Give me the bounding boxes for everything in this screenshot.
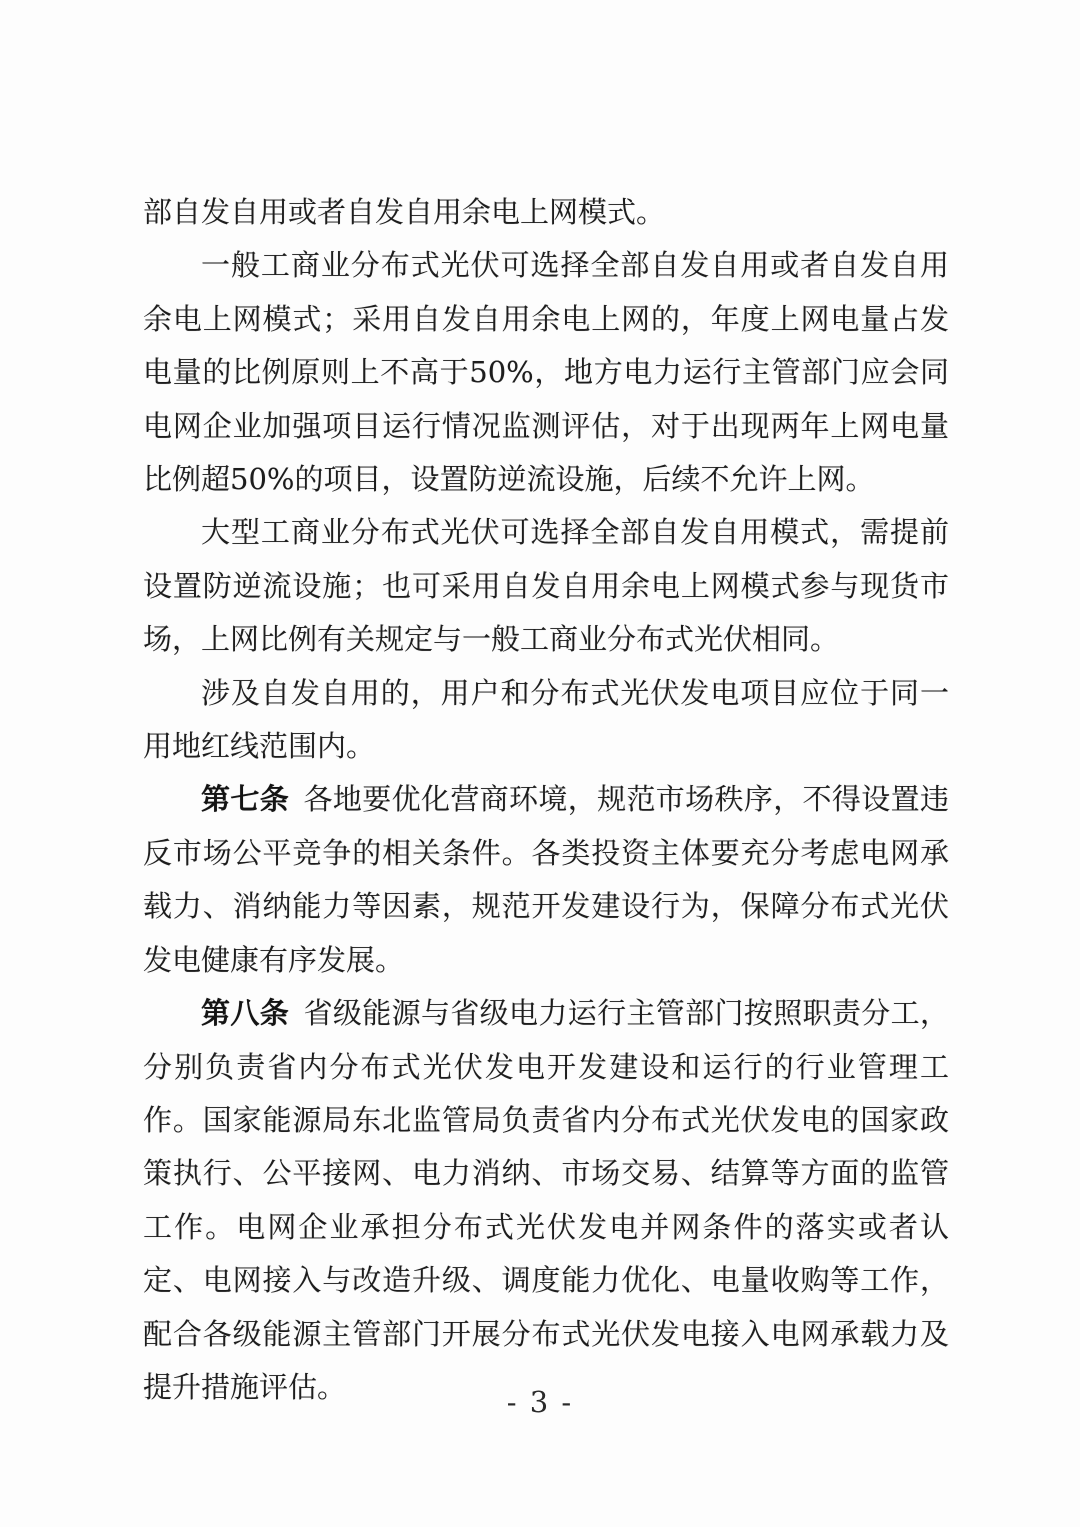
- paragraph-text: 涉及自发自用的，用户和分布式光伏发电项目应位于同一用地红线范围内。: [143, 676, 949, 763]
- paragraph: 涉及自发自用的，用户和分布式光伏发电项目应位于同一用地红线范围内。: [143, 667, 949, 774]
- article-number-label: 第七条: [201, 782, 304, 816]
- document-body: 部自发自用或者自发自用余电上网模式。 一般工商业分布式光伏可选择全部自发自用或者…: [143, 186, 949, 1414]
- paragraph-article-7: 第七条各地要优化营商环境，规范市场秩序，不得设置违反市场公平竞争的相关条件。各类…: [143, 773, 949, 987]
- page-number: - 3 -: [0, 1385, 1080, 1419]
- paragraph: 部自发自用或者自发自用余电上网模式。: [143, 186, 949, 239]
- paragraph-text: 部自发自用或者自发自用余电上网模式。: [143, 195, 665, 229]
- article-number-label: 第八条: [201, 996, 304, 1030]
- document-page: 部自发自用或者自发自用余电上网模式。 一般工商业分布式光伏可选择全部自发自用或者…: [0, 0, 1080, 1527]
- paragraph-text: 省级能源与省级电力运行主管部门按照职责分工，分别负责省内分布式光伏发电开发建设和…: [143, 996, 949, 1404]
- paragraph-text: 大型工商业分布式光伏可选择全部自发自用模式，需提前设置防逆流设施；也可采用自发自…: [143, 515, 949, 656]
- paragraph: 一般工商业分布式光伏可选择全部自发自用或者自发自用余电上网模式；采用自发自用余电…: [143, 239, 949, 506]
- paragraph: 大型工商业分布式光伏可选择全部自发自用模式，需提前设置防逆流设施；也可采用自发自…: [143, 506, 949, 666]
- paragraph-article-8: 第八条省级能源与省级电力运行主管部门按照职责分工，分别负责省内分布式光伏发电开发…: [143, 987, 949, 1414]
- paragraph-text: 一般工商业分布式光伏可选择全部自发自用或者自发自用余电上网模式；采用自发自用余电…: [143, 248, 949, 496]
